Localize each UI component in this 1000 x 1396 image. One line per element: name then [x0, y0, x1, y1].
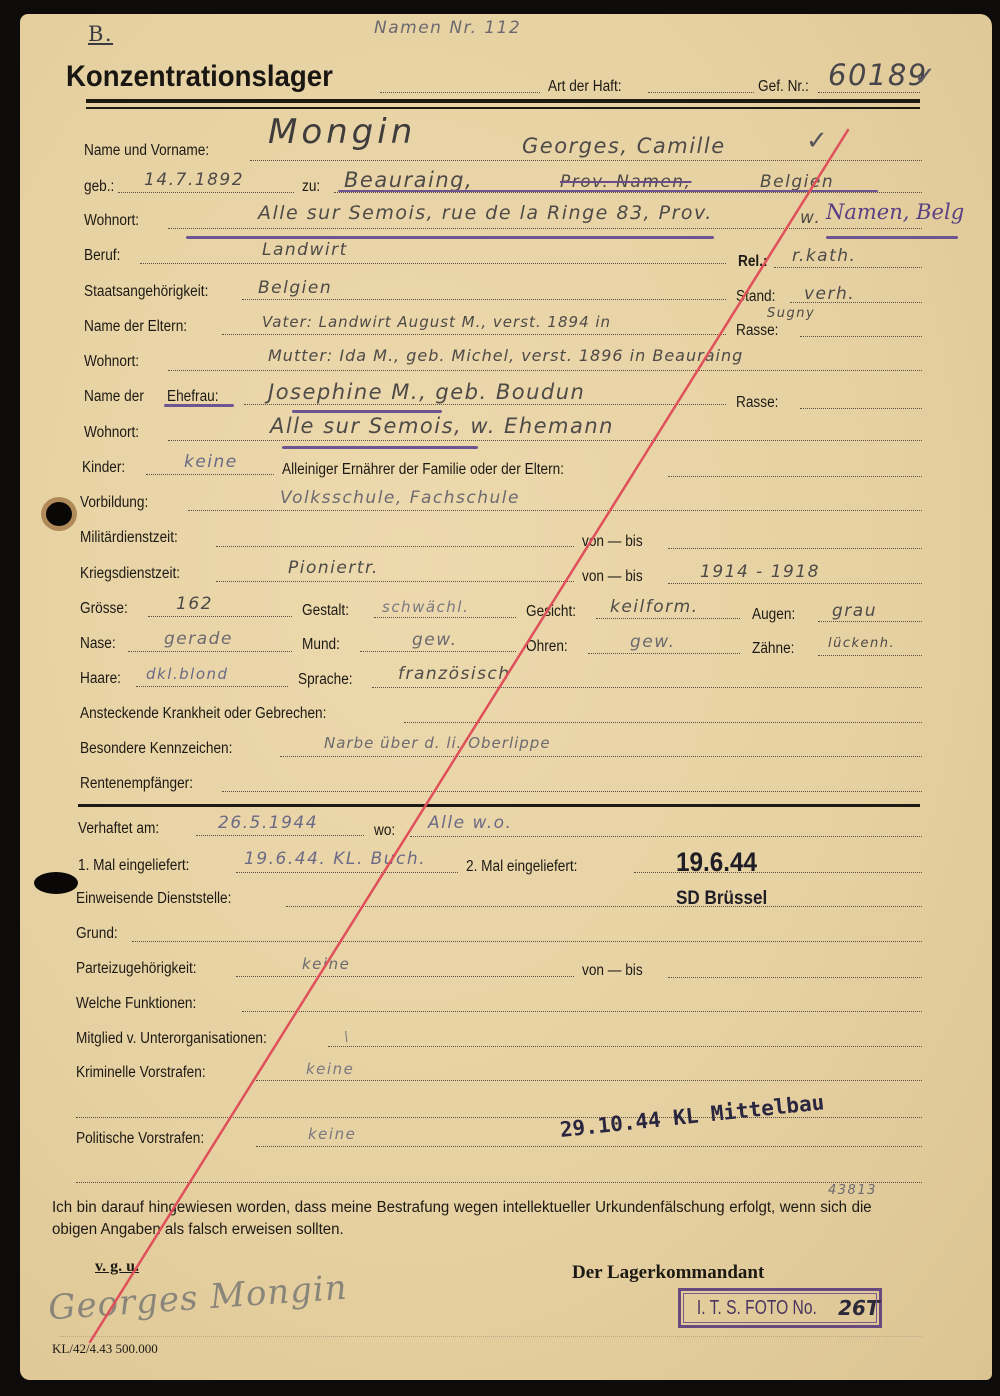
nose-line — [128, 651, 292, 652]
religion-label: Rel.: — [738, 253, 768, 271]
marks-line — [280, 756, 922, 757]
nose-value[interactable]: gerade — [164, 629, 233, 649]
religion-value[interactable]: r.kath. — [792, 246, 856, 266]
given-names-value[interactable]: Georges, Camille — [522, 134, 726, 158]
arrested-label: Verhaftet am: — [78, 820, 159, 838]
military-from-to-field[interactable] — [668, 548, 922, 549]
height-line — [148, 616, 292, 617]
pension-field[interactable] — [222, 791, 922, 792]
war-from-to-value[interactable]: 1914 - 1918 — [700, 562, 820, 582]
reference-number: 43813 — [828, 1183, 877, 1198]
eyes-value[interactable]: grau — [832, 601, 877, 621]
born-at-label: zu: — [302, 178, 320, 196]
check-icon: ✓ — [914, 62, 937, 92]
language-line — [372, 687, 922, 688]
war-from-to-label: von — bis — [582, 568, 643, 586]
race-label: Rasse: — [736, 394, 778, 412]
language-label: Sprache: — [298, 671, 353, 689]
functions-label: Welche Funktionen: — [76, 995, 196, 1013]
political-line — [256, 1146, 922, 1147]
military-from-to-label: von — bis — [582, 533, 643, 551]
race-field[interactable] — [800, 408, 922, 409]
office-stamp[interactable]: SD Brüssel — [676, 888, 767, 910]
mouth-value[interactable]: gew. — [412, 630, 457, 650]
party-value[interactable]: keine — [302, 955, 350, 973]
build-line — [374, 617, 516, 618]
purple-underline — [164, 404, 234, 407]
reason-label: Grund: — [76, 925, 118, 943]
arrested-value[interactable]: 26.5.1944 — [218, 813, 318, 833]
reason-field[interactable] — [132, 941, 922, 942]
party-from-to-label: von — bis — [582, 962, 643, 980]
signature-line — [60, 1336, 922, 1337]
born-label: geb.: — [84, 178, 114, 196]
born-value[interactable]: 14.7.1892 — [144, 170, 244, 190]
gef-nr-label: Gef. Nr.: — [758, 78, 809, 96]
header-rule-bottom — [86, 107, 920, 109]
mouth-line — [360, 651, 516, 652]
language-value[interactable]: französisch — [398, 664, 511, 684]
second-admission-stamp[interactable]: 19.6.44 — [676, 847, 757, 878]
gef-nr-value[interactable]: 60189 — [828, 58, 928, 92]
race-label: Rasse: — [736, 322, 778, 340]
residence-label: Wohnort: — [84, 212, 139, 230]
wife-residence-line — [168, 440, 922, 441]
profession-line — [140, 263, 726, 264]
face-label: Gesicht: — [526, 603, 576, 621]
eyes-line — [818, 621, 922, 622]
nationality-label: Staatsangehörigkeit: — [84, 283, 208, 301]
provider-field[interactable] — [668, 476, 922, 477]
born-at-line — [334, 192, 922, 193]
its-label: I. T. S. FOTO No. — [697, 1297, 817, 1320]
build-label: Gestalt: — [302, 602, 349, 620]
form-code: KL/42/4.43 500.000 — [52, 1341, 158, 1357]
race-field[interactable] — [800, 336, 922, 337]
hair-line — [136, 686, 288, 687]
face-line — [596, 618, 740, 619]
its-foto-stamp: I. T. S. FOTO No. 26T — [678, 1288, 882, 1328]
political-value[interactable]: keine — [308, 1125, 356, 1143]
residence-value[interactable]: Alle sur Semois, rue de la Ringe 83, Pro… — [258, 202, 713, 224]
parents-residence-line — [168, 370, 922, 371]
height-label: Grösse: — [80, 600, 128, 618]
status-value[interactable]: verh. — [804, 284, 855, 304]
party-from-to-field[interactable] — [668, 977, 922, 978]
profession-label: Beruf: — [84, 247, 120, 265]
party-line — [236, 976, 574, 977]
art-der-haft-label: Art der Haft: — [548, 78, 622, 96]
purple-underline — [186, 236, 714, 239]
criminal-value[interactable]: keine — [306, 1060, 354, 1078]
nationality-value[interactable]: Belgien — [258, 278, 332, 298]
war-label: Kriegsdienstzeit: — [80, 565, 180, 583]
children-line — [146, 474, 274, 475]
purple-strike-line — [338, 190, 878, 192]
corner-mark: B. — [88, 22, 113, 46]
purple-underline — [826, 236, 958, 239]
punch-hole — [46, 502, 72, 526]
ears-line — [588, 653, 740, 654]
war-line — [216, 581, 574, 582]
parents-residence-label: Wohnort: — [84, 353, 139, 371]
mouth-label: Mund: — [302, 636, 340, 654]
first-admission-value[interactable]: 19.6.44. KL. Buch. — [244, 849, 426, 869]
where-value[interactable]: Alle w.o. — [428, 813, 512, 833]
parents-place-above: Sugny — [767, 306, 815, 321]
status-label: Stand: — [736, 288, 775, 306]
arrested-line — [196, 835, 364, 836]
military-label: Militärdienstzeit: — [80, 529, 178, 547]
political-label: Politische Vorstrafen: — [76, 1130, 204, 1148]
purple-underline — [292, 410, 442, 413]
parents-line — [222, 334, 726, 335]
blank-line — [76, 1182, 922, 1183]
parents-label: Name der Eltern: — [84, 318, 187, 336]
education-label: Vorbildung: — [80, 494, 148, 512]
teeth-line — [818, 655, 922, 656]
surname-value[interactable]: Mongin — [268, 112, 416, 152]
height-value[interactable]: 162 — [176, 594, 213, 614]
wife-label-prefix: Name der — [84, 388, 144, 406]
gef-nr-line — [818, 92, 920, 93]
war-value[interactable]: Pioniertr. — [288, 558, 379, 578]
criminal-label: Kriminelle Vorstrafen: — [76, 1064, 206, 1082]
commandant-label: Der Lagerkommandant — [572, 1262, 764, 1284]
top-note: Namen Nr. 112 — [374, 18, 521, 38]
military-field[interactable] — [216, 546, 574, 547]
wife-residence-label: Wohnort: — [84, 424, 139, 442]
teeth-label: Zähne: — [752, 640, 794, 658]
ears-label: Ohren: — [526, 638, 568, 656]
children-label: Kinder: — [82, 459, 125, 477]
suborg-line — [328, 1046, 922, 1047]
born-line — [118, 192, 294, 193]
its-number: 26T — [838, 1296, 879, 1320]
residence-line — [168, 228, 922, 229]
build-value[interactable]: schwächl. — [382, 598, 469, 616]
marks-label: Besondere Kennzeichen: — [80, 740, 232, 758]
criminal-line — [256, 1080, 922, 1081]
wife-residence-value[interactable]: Alle sur Semois, w. Ehemann — [270, 414, 614, 438]
suborg-label: Mitglied v. Unterorganisationen: — [76, 1030, 267, 1048]
eyes-label: Augen: — [752, 606, 795, 624]
check-icon: ✓ — [806, 126, 829, 156]
title-dotted-line — [380, 92, 540, 93]
functions-field[interactable] — [242, 1011, 922, 1012]
disease-field[interactable] — [404, 722, 922, 723]
born-at-struck: Prov. Namen, — [560, 172, 691, 192]
hair-value[interactable]: dkl.blond — [146, 665, 229, 683]
art-der-haft-field[interactable] — [648, 92, 754, 93]
disease-label: Ansteckende Krankheit oder Gebrechen: — [80, 705, 326, 723]
first-admission-line — [236, 872, 458, 873]
where-line — [410, 836, 922, 837]
education-line — [188, 510, 922, 511]
children-value[interactable]: keine — [184, 452, 238, 472]
wife-line — [244, 404, 726, 405]
education-value[interactable]: Volksschule, Fachschule — [280, 488, 520, 508]
first-admission-label: 1. Mal eingeliefert: — [78, 857, 189, 875]
war-from-to-line — [668, 583, 922, 584]
ears-value[interactable]: gew. — [630, 632, 675, 652]
second-admission-label: 2. Mal eingeliefert: — [466, 858, 577, 876]
religion-line — [774, 267, 922, 268]
face-value[interactable]: keilform. — [610, 597, 699, 617]
nationality-line — [242, 299, 726, 300]
residence-struck: w. — [800, 208, 821, 228]
header-rule-top — [86, 99, 920, 103]
name-label: Name und Vorname: — [84, 142, 209, 160]
punch-hole — [34, 872, 78, 894]
hair-label: Haare: — [80, 670, 121, 688]
section-rule — [78, 804, 920, 807]
provider-label: Alleiniger Ernährer der Familie oder der… — [282, 461, 564, 479]
office-label: Einweisende Dienststelle: — [76, 890, 231, 908]
parents-value[interactable]: Vater: Landwirt August M., verst. 1894 i… — [262, 313, 611, 331]
party-label: Parteizugehörigkeit: — [76, 960, 197, 978]
profession-value[interactable]: Landwirt — [262, 240, 348, 260]
suborg-value[interactable]: \ — [344, 1030, 350, 1045]
pension-label: Rentenempfänger: — [80, 775, 193, 793]
page-title: Konzentrationslager — [66, 60, 333, 94]
teeth-value[interactable]: lückenh. — [828, 636, 895, 651]
wife-value[interactable]: Josephine M., geb. Boudun — [268, 380, 585, 404]
born-at-country: Belgien — [760, 172, 834, 192]
born-at-value[interactable]: Beauraing, — [344, 168, 473, 192]
notice-text: Ich bin darauf hingewiesen worden, dass … — [52, 1197, 872, 1241]
parents-residence-value[interactable]: Mutter: Ida M., geb. Michel, verst. 1896… — [268, 346, 743, 365]
nose-label: Nase: — [80, 635, 116, 653]
office-line — [286, 906, 922, 907]
name-line — [250, 160, 922, 161]
residence-purple-annotation: Namen, Belg — [826, 200, 964, 224]
marks-value[interactable]: Narbe über d. li. Oberlippe — [324, 734, 551, 752]
vgu-label: v. g. u. — [95, 1258, 139, 1276]
purple-underline — [282, 446, 478, 449]
where-label: wo: — [374, 822, 395, 840]
